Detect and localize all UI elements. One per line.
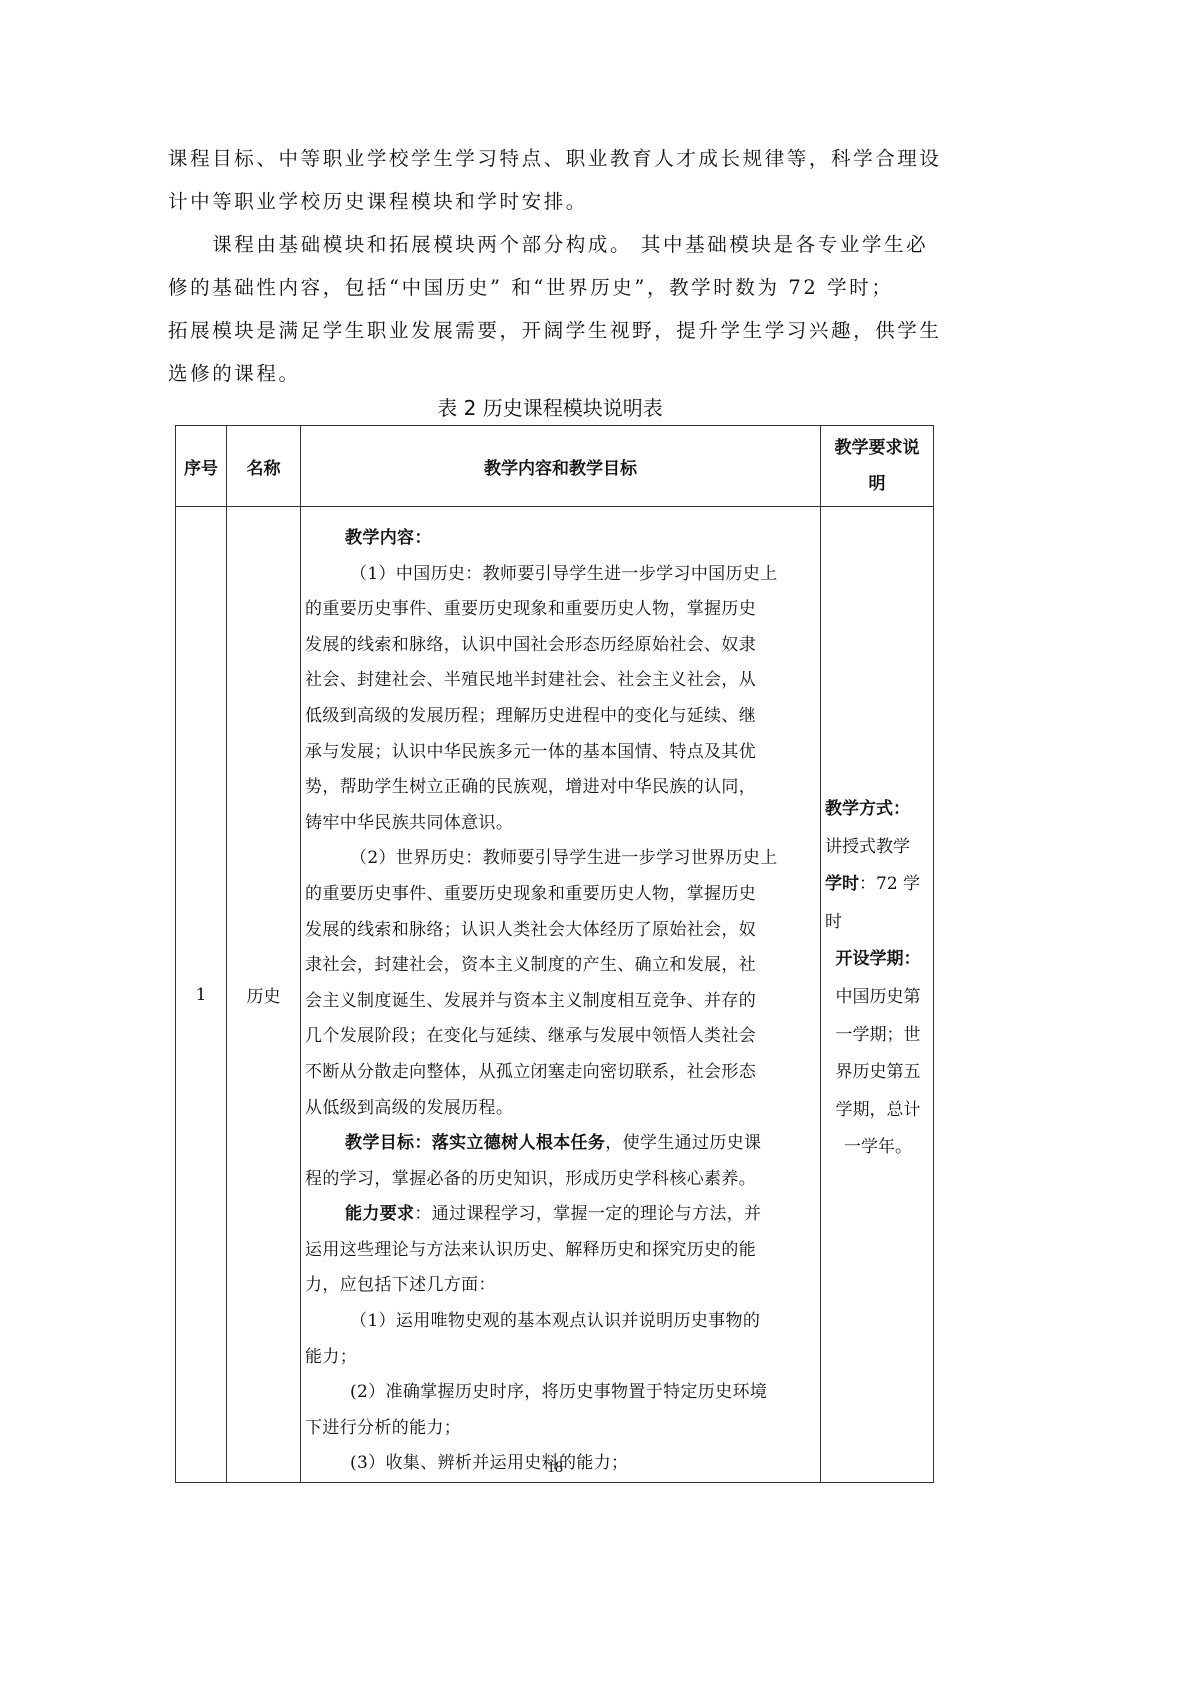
text-line: 的重要历史事件、重要历史现象和重要历史人物，掌握历史 [305,592,818,628]
teaching-content-label: 教学内容： [345,528,432,548]
text-fragment: ，使学生通过历史课 [605,1133,761,1153]
text-line: 下进行分析的能力； [305,1411,818,1447]
text-line: 势，帮助学生树立正确的民族观，增进对中华民族的认同， [305,770,818,806]
method-value: 讲授式教学 [825,829,931,867]
text-line: （1）中国历史：教师要引导学生进一步学习中国历史上 [305,557,818,593]
text-line: 会主义制度诞生、发展并与资本主义制度相互竞争、并存的 [305,984,818,1020]
header-requirements-line1: 教学要求说 [835,438,920,458]
text-line: (2）准确掌握历史时序，将历史事物置于特定历史环境 [305,1375,818,1411]
text-line: 选修的课程。 [168,352,943,395]
text-line: （2）世界历史：教师要引导学生进一步学习世界历史上 [305,841,818,877]
header-requirements-line2: 明 [869,474,886,494]
row-requirements: 教学方式： 讲授式教学 学时：72 学 时 开设学期： 中国历史第 一学期；世 … [821,507,934,1483]
text-line: 不断从分散走向整体，从孤立闭塞走向密切联系，社会形态 [305,1055,818,1091]
ability-label: 能力要求 [345,1204,414,1224]
semester-line: 一学期；世 [825,1017,931,1055]
hours-value-cont: 时 [825,904,931,942]
header-name: 名称 [227,426,301,507]
table-header-row: 序号 名称 教学内容和教学目标 教学要求说 明 [176,426,934,507]
text-line: 低级到高级的发展历程；理解历史进程中的变化与延续、继 [305,699,818,735]
row-index: 1 [176,507,227,1483]
text-line: 的重要历史事件、重要历史现象和重要历史人物，掌握历史 [305,877,818,913]
semester-line: 学期，总计 [825,1092,931,1130]
row-name: 历史 [227,507,301,1483]
text-line: 承与发展；认识中华民族多元一体的基本国情、特点及其优 [305,735,818,771]
text-line: 计中等职业学校历史课程模块和学时安排。 [168,180,943,223]
table-caption: 表 2 历史课程模块说明表 [0,392,1100,421]
intro-paragraph-2: 课程由基础模块和拓展模块两个部分构成。 其中基础模块是各专业学生必 修的基础性内… [168,223,943,395]
table-row: 1 历史 教学内容： （1）中国历史：教师要引导学生进一步学习中国历史上 的重要… [176,507,934,1483]
row-content: 教学内容： （1）中国历史：教师要引导学生进一步学习中国历史上 的重要历史事件、… [301,507,821,1483]
intro-paragraph-1: 课程目标、中等职业学校学生学习特点、职业教育人才成长规律等，科学合理设 计中等职… [168,137,943,223]
semester-line: 中国历史第 [825,979,931,1017]
method-label: 教学方式： [825,799,910,819]
hours-label: 学时 [825,874,859,894]
text-line: 程的学习，掌握必备的历史知识，形成历史学科核心素养。 [305,1162,818,1198]
text-line: 几个发展阶段；在变化与延续、继承与发展中领悟人类社会 [305,1019,818,1055]
text-line: （1）运用唯物史观的基本观点认识并说明历史事物的 [305,1304,818,1340]
text-line: 发展的线索和脉络；认识人类社会大体经历了原始社会，奴 [305,913,818,949]
text-line: 社会、封建社会、半殖民地半封建社会、社会主义社会，从 [305,663,818,699]
text-line: 力，应包括下述几方面： [305,1268,818,1304]
text-line: 发展的线索和脉络，认识中国社会形态历经原始社会、奴隶 [305,628,818,664]
text-line: 拓展模块是满足学生职业发展需要，开阔学生视野，提升学生学习兴趣，供学生 [168,309,943,352]
course-module-table: 序号 名称 教学内容和教学目标 教学要求说 明 1 历史 教学内容： （1）中国… [175,425,934,1483]
header-content: 教学内容和教学目标 [301,426,821,507]
text-line: 课程目标、中等职业学校学生学习特点、职业教育人才成长规律等，科学合理设 [168,137,943,180]
semester-label: 开设学期： [836,949,921,969]
page-number: 18 [0,1459,1110,1477]
text-line: 从低级到高级的发展历程。 [305,1091,818,1127]
text-line: 运用这些理论与方法来认识历史、解释历史和探究历史的能 [305,1233,818,1269]
teaching-goal-label: 教学目标：落实立德树人根本任务 [345,1133,605,1153]
semester-line: 一学年。 [825,1129,931,1167]
semester-line: 界历史第五 [825,1054,931,1092]
header-requirements: 教学要求说 明 [821,426,934,507]
header-index: 序号 [176,426,227,507]
text-line: 课程由基础模块和拓展模块两个部分构成。 其中基础模块是各专业学生必 [168,223,943,266]
text-line: 隶社会，封建社会，资本主义制度的产生、确立和发展，社 [305,948,818,984]
hours-value: ：72 学 [859,874,920,894]
text-line: 修的基础性内容，包括“中国历史” 和“世界历史”，教学时数为 72 学时； [168,266,943,309]
text-line: 铸牢中华民族共同体意识。 [305,806,818,842]
text-fragment: ：通过课程学习，掌握一定的理论与方法，并 [414,1204,761,1224]
text-line: 能力； [305,1340,818,1376]
